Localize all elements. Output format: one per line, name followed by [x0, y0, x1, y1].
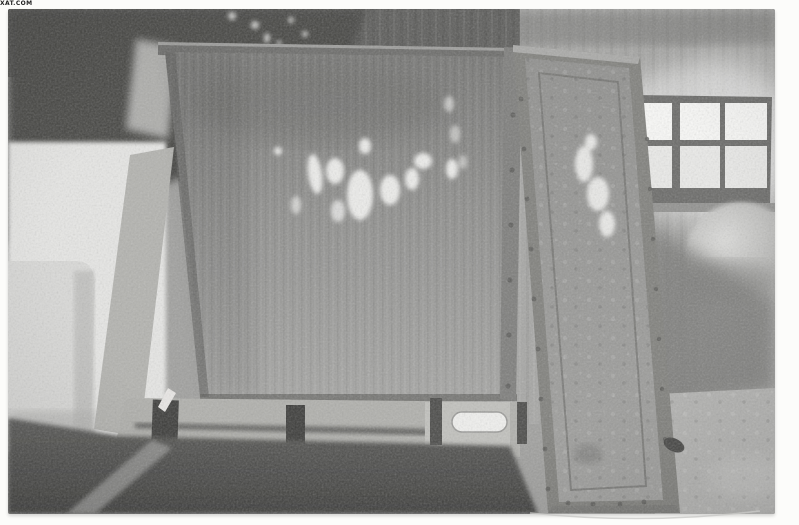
paper-crease-line [530, 511, 760, 519]
vignette-overlay [8, 9, 775, 514]
photograph [8, 9, 775, 514]
photo-edge-shadow [520, 508, 770, 525]
photo-canvas [8, 9, 775, 514]
watermark-text: XAT.COM [0, 0, 33, 7]
